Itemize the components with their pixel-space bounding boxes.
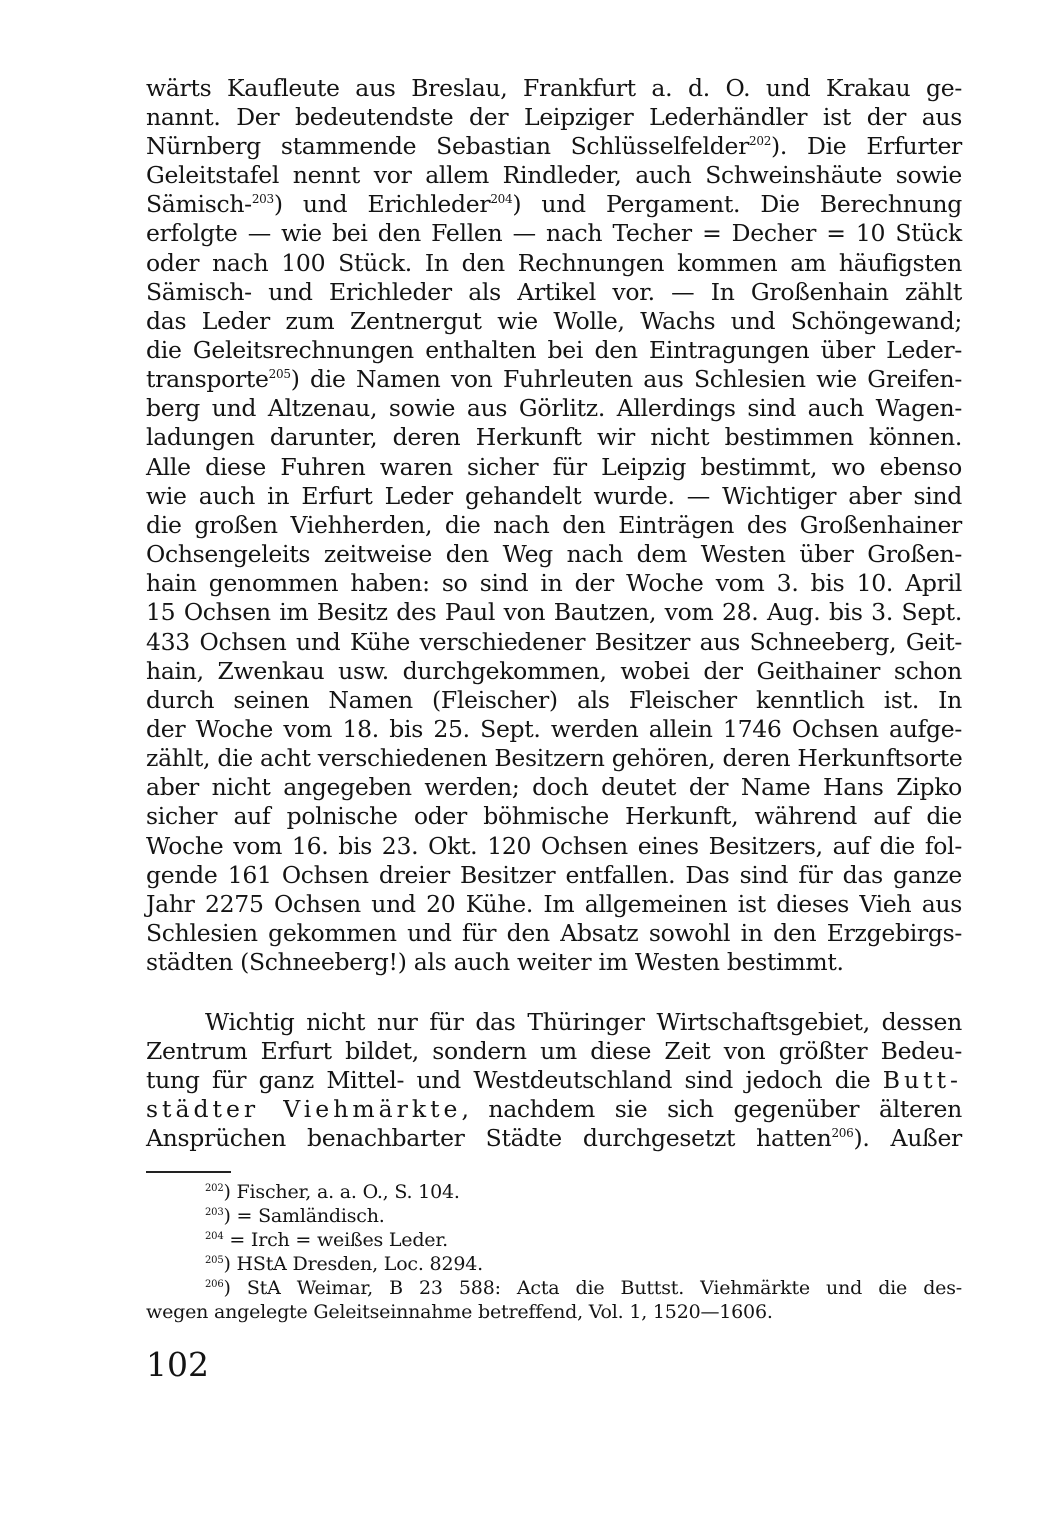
body-text: transporte — [146, 365, 269, 393]
body-text: Ansprüchen benachbarter Städte durchgese… — [146, 1124, 831, 1152]
body-line: Nürnberg stammende Sebastian Schlüsselfe… — [146, 131, 962, 161]
body-text: ) und Pergament. Die Berechnung — [512, 190, 962, 218]
body-text: ) und Erichleder — [274, 190, 490, 218]
footnote-text: StA Weimar, B 23 588: Acta die Buttst. V… — [231, 1277, 962, 1299]
body-line: das Leder zum Zentnergut wie Wolle, Wach… — [146, 306, 962, 336]
page-number: 102 — [146, 1345, 209, 1385]
paragraph-2-line: Wichtig nicht nur für das Thüringer Wirt… — [205, 1007, 962, 1037]
paragraph-2-line: Ansprüchen benachbarter Städte durchgese… — [146, 1123, 962, 1153]
footnote-ref-206[interactable]: 206 — [831, 1126, 853, 1140]
body-line: erfolgte — wie bei den Fellen — nach Tec… — [146, 218, 962, 248]
footnote-text: = Irch = weißes Leder. — [224, 1229, 448, 1251]
body-line: 15 Ochsen im Besitz des Paul von Bautzen… — [146, 597, 962, 627]
body-text: tung für ganz Mittel- und Westdeutschlan… — [146, 1066, 870, 1094]
body-line: Alle diese Fuhren waren sicher für Leipz… — [146, 452, 962, 482]
body-text: Nürnberg stammende Sebastian Schlüsselfe… — [146, 132, 749, 160]
body-line: sicher auf polnische oder böhmische Herk… — [146, 801, 962, 831]
body-line: Sämisch-203) und Erichleder204) und Perg… — [146, 189, 962, 219]
body-line: die großen Viehherden, die nach den Eint… — [146, 510, 962, 540]
emphasis-text: Butt- — [883, 1066, 962, 1094]
footnote-ref-204[interactable]: 204 — [490, 192, 512, 206]
footnote-text: Fischer, a. a. O., S. 104. — [231, 1181, 460, 1203]
body-text: , nachdem sie sich gegenüber älteren — [461, 1095, 962, 1123]
footnote-text: HStA Dresden, Loc. 8294. — [231, 1253, 483, 1275]
footnote-ref-203[interactable]: 203 — [252, 192, 274, 206]
body-line: Ochsengeleits zeitweise den Weg nach dem… — [146, 539, 962, 569]
body-line: hain, Zwenkau usw. durchgekommen, wobei … — [146, 656, 962, 686]
body-line: gende 161 Ochsen dreier Besitzer entfall… — [146, 860, 962, 890]
footnote-205: 205) HStA Dresden, Loc. 8294. — [205, 1252, 483, 1276]
footnote-ref-202[interactable]: 202 — [749, 134, 771, 148]
footnote-206-continuation: wegen angelegte Geleitseinnahme betreffe… — [146, 1300, 773, 1324]
body-line: 433 Ochsen und Kühe verschiedener Besitz… — [146, 627, 962, 657]
body-line: nannt. Der bedeutendste der Leipziger Le… — [146, 102, 962, 132]
body-line: hain genommen haben: so sind in der Woch… — [146, 568, 962, 598]
footnote-number: 204 — [205, 1231, 224, 1242]
body-line: zählt, die acht verschiedenen Besitzern … — [146, 743, 962, 773]
body-line: durch seinen Namen (Fleischer) als Fleis… — [146, 685, 962, 715]
emphasis-text: städter Viehmärkte — [146, 1095, 461, 1123]
footnote-206: 206) StA Weimar, B 23 588: Acta die Butt… — [205, 1276, 962, 1300]
body-line: Schlesien gekommen und für den Absatz so… — [146, 918, 962, 948]
footnote-paren: ) — [224, 1253, 231, 1275]
footnote-204: 204 = Irch = weißes Leder. — [205, 1228, 448, 1252]
body-line: wärts Kaufleute aus Breslau, Frankfurt a… — [146, 73, 962, 103]
body-line: Sämisch- und Erichleder als Artikel vor.… — [146, 277, 962, 307]
footnote-number: 206 — [205, 1279, 224, 1290]
paragraph-2-line: städter Viehmärkte, nachdem sie sich geg… — [146, 1094, 962, 1124]
body-line: berg und Altzenau, sowie aus Görlitz. Al… — [146, 393, 962, 423]
footnote-paren: ) — [224, 1181, 231, 1203]
body-line: städten (Schneeberg!) als auch weiter im… — [146, 947, 962, 977]
body-text: ) die Namen von Fuhrleuten aus Schlesien… — [291, 365, 962, 393]
body-line: die Geleitsrechnungen enthalten bei den … — [146, 335, 962, 365]
footnote-203: 203) = Samländisch. — [205, 1204, 385, 1228]
body-line: transporte205) die Namen von Fuhrleuten … — [146, 364, 962, 394]
footnote-separator — [146, 1171, 231, 1173]
footnote-number: 203 — [205, 1207, 224, 1218]
footnote-number: 202 — [205, 1183, 224, 1194]
footnote-202: 202) Fischer, a. a. O., S. 104. — [205, 1180, 460, 1204]
paragraph-2-line: tung für ganz Mittel- und Westdeutschlan… — [146, 1065, 962, 1095]
paragraph-2-line: Zentrum Erfurt bildet, sondern um diese … — [146, 1036, 962, 1066]
footnote-text: = Samländisch. — [231, 1205, 385, 1227]
body-text: ). Außer — [853, 1124, 962, 1152]
body-line: oder nach 100 Stück. In den Rechnungen k… — [146, 248, 962, 278]
footnote-number: 205 — [205, 1255, 224, 1266]
body-line: aber nicht angegeben werden; doch deutet… — [146, 772, 962, 802]
body-text: Sämisch- — [146, 190, 252, 218]
body-line: wie auch in Erfurt Leder gehandelt wurde… — [146, 481, 962, 511]
body-line: Geleitstafel nennt vor allem Rindleder, … — [146, 160, 962, 190]
body-line: Woche vom 16. bis 23. Okt. 120 Ochsen ei… — [146, 831, 962, 861]
book-page: wärts Kaufleute aus Breslau, Frankfurt a… — [0, 0, 1063, 1535]
body-text: ). Die Erfurter — [771, 132, 962, 160]
body-line: der Woche vom 18. bis 25. Sept. werden a… — [146, 714, 962, 744]
body-line: Jahr 2275 Ochsen und 20 Kühe. Im allgeme… — [146, 889, 962, 919]
footnote-paren: ) — [224, 1205, 231, 1227]
body-line: ladungen darunter, deren Herkunft wir ni… — [146, 422, 962, 452]
footnote-ref-205[interactable]: 205 — [269, 367, 291, 381]
footnote-paren: ) — [224, 1277, 231, 1299]
